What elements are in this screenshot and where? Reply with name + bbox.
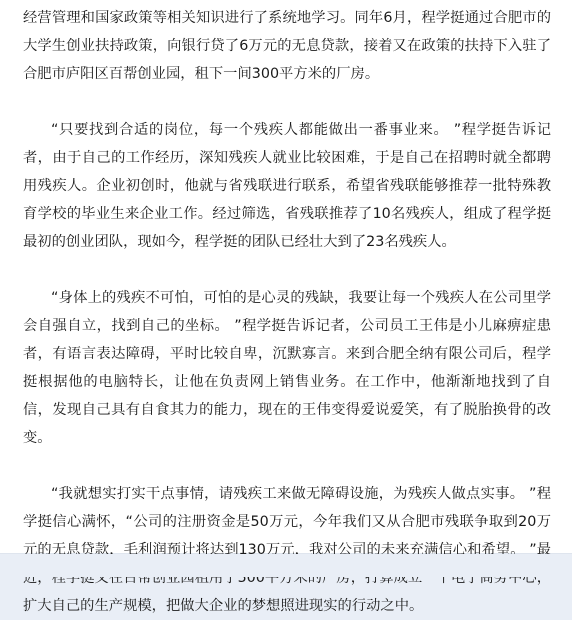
paragraph-gap: [23, 256, 551, 284]
paragraph-gap: [23, 88, 551, 116]
article-body: 经营管理和国家政策等相关知识进行了系统地学习。同年6月，程学挺通过合肥市的大学生…: [23, 0, 551, 577]
paragraph-gap: [23, 452, 551, 480]
article-panel: 经营管理和国家政策等相关知识进行了系统地学习。同年6月，程学挺通过合肥市的大学生…: [0, 0, 572, 554]
paragraph-2: “只要找到合适的岗位，每一个残疾人都能做出一番事业来。 ”程学挺告诉记者，由于自…: [23, 116, 551, 256]
page-footer-band: [0, 554, 572, 577]
paragraph-1: 经营管理和国家政策等相关知识进行了系统地学习。同年6月，程学挺通过合肥市的大学生…: [23, 4, 551, 88]
paragraph-3: “身体上的残疾不可怕，可怕的是心灵的残缺，我要让每一个残疾人在公司里学会自强自立…: [23, 284, 551, 452]
